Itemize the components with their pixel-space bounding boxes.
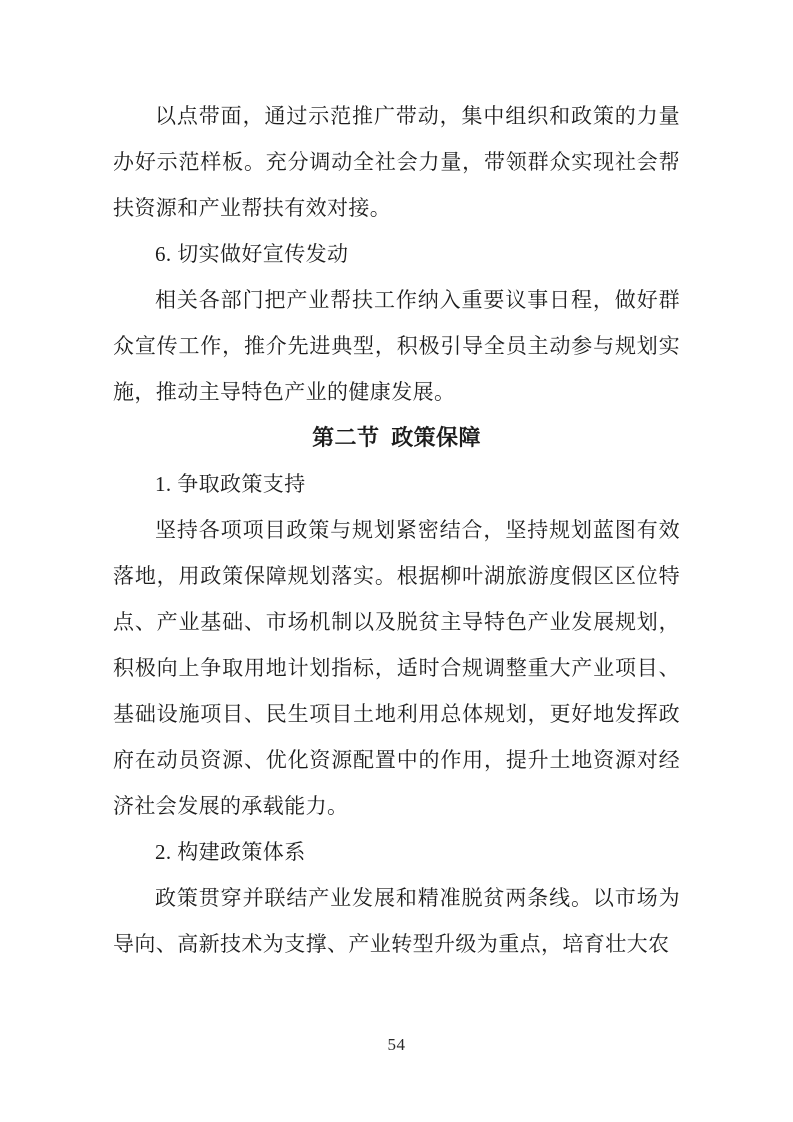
paragraph: 坚持各项项目政策与规划紧密结合，坚持规划蓝图有效落地，用政策保障规划落实。根据柳… <box>113 507 680 829</box>
document-page: 以点带面，通过示范推广带动，集中组织和政策的力量办好示范样板。充分调动全社会力量… <box>0 0 793 1122</box>
numbered-item: 2. 构建政策体系 <box>113 829 680 875</box>
paragraph: 相关各部门把产业帮扶工作纳入重要议事日程，做好群众宣传工作，推介先进典型，积极引… <box>113 277 680 415</box>
document-body: 以点带面，通过示范推广带动，集中组织和政策的力量办好示范样板。充分调动全社会力量… <box>113 93 680 967</box>
numbered-item: 6. 切实做好宣传发动 <box>113 231 680 277</box>
section-heading: 第二节 政策保障 <box>113 415 680 461</box>
paragraph: 政策贯穿并联结产业发展和精准脱贫两条线。以市场为导向、高新技术为支撑、产业转型升… <box>113 875 680 967</box>
paragraph: 以点带面，通过示范推广带动，集中组织和政策的力量办好示范样板。充分调动全社会力量… <box>113 93 680 231</box>
page-number: 54 <box>0 1034 793 1056</box>
numbered-item: 1. 争取政策支持 <box>113 461 680 507</box>
